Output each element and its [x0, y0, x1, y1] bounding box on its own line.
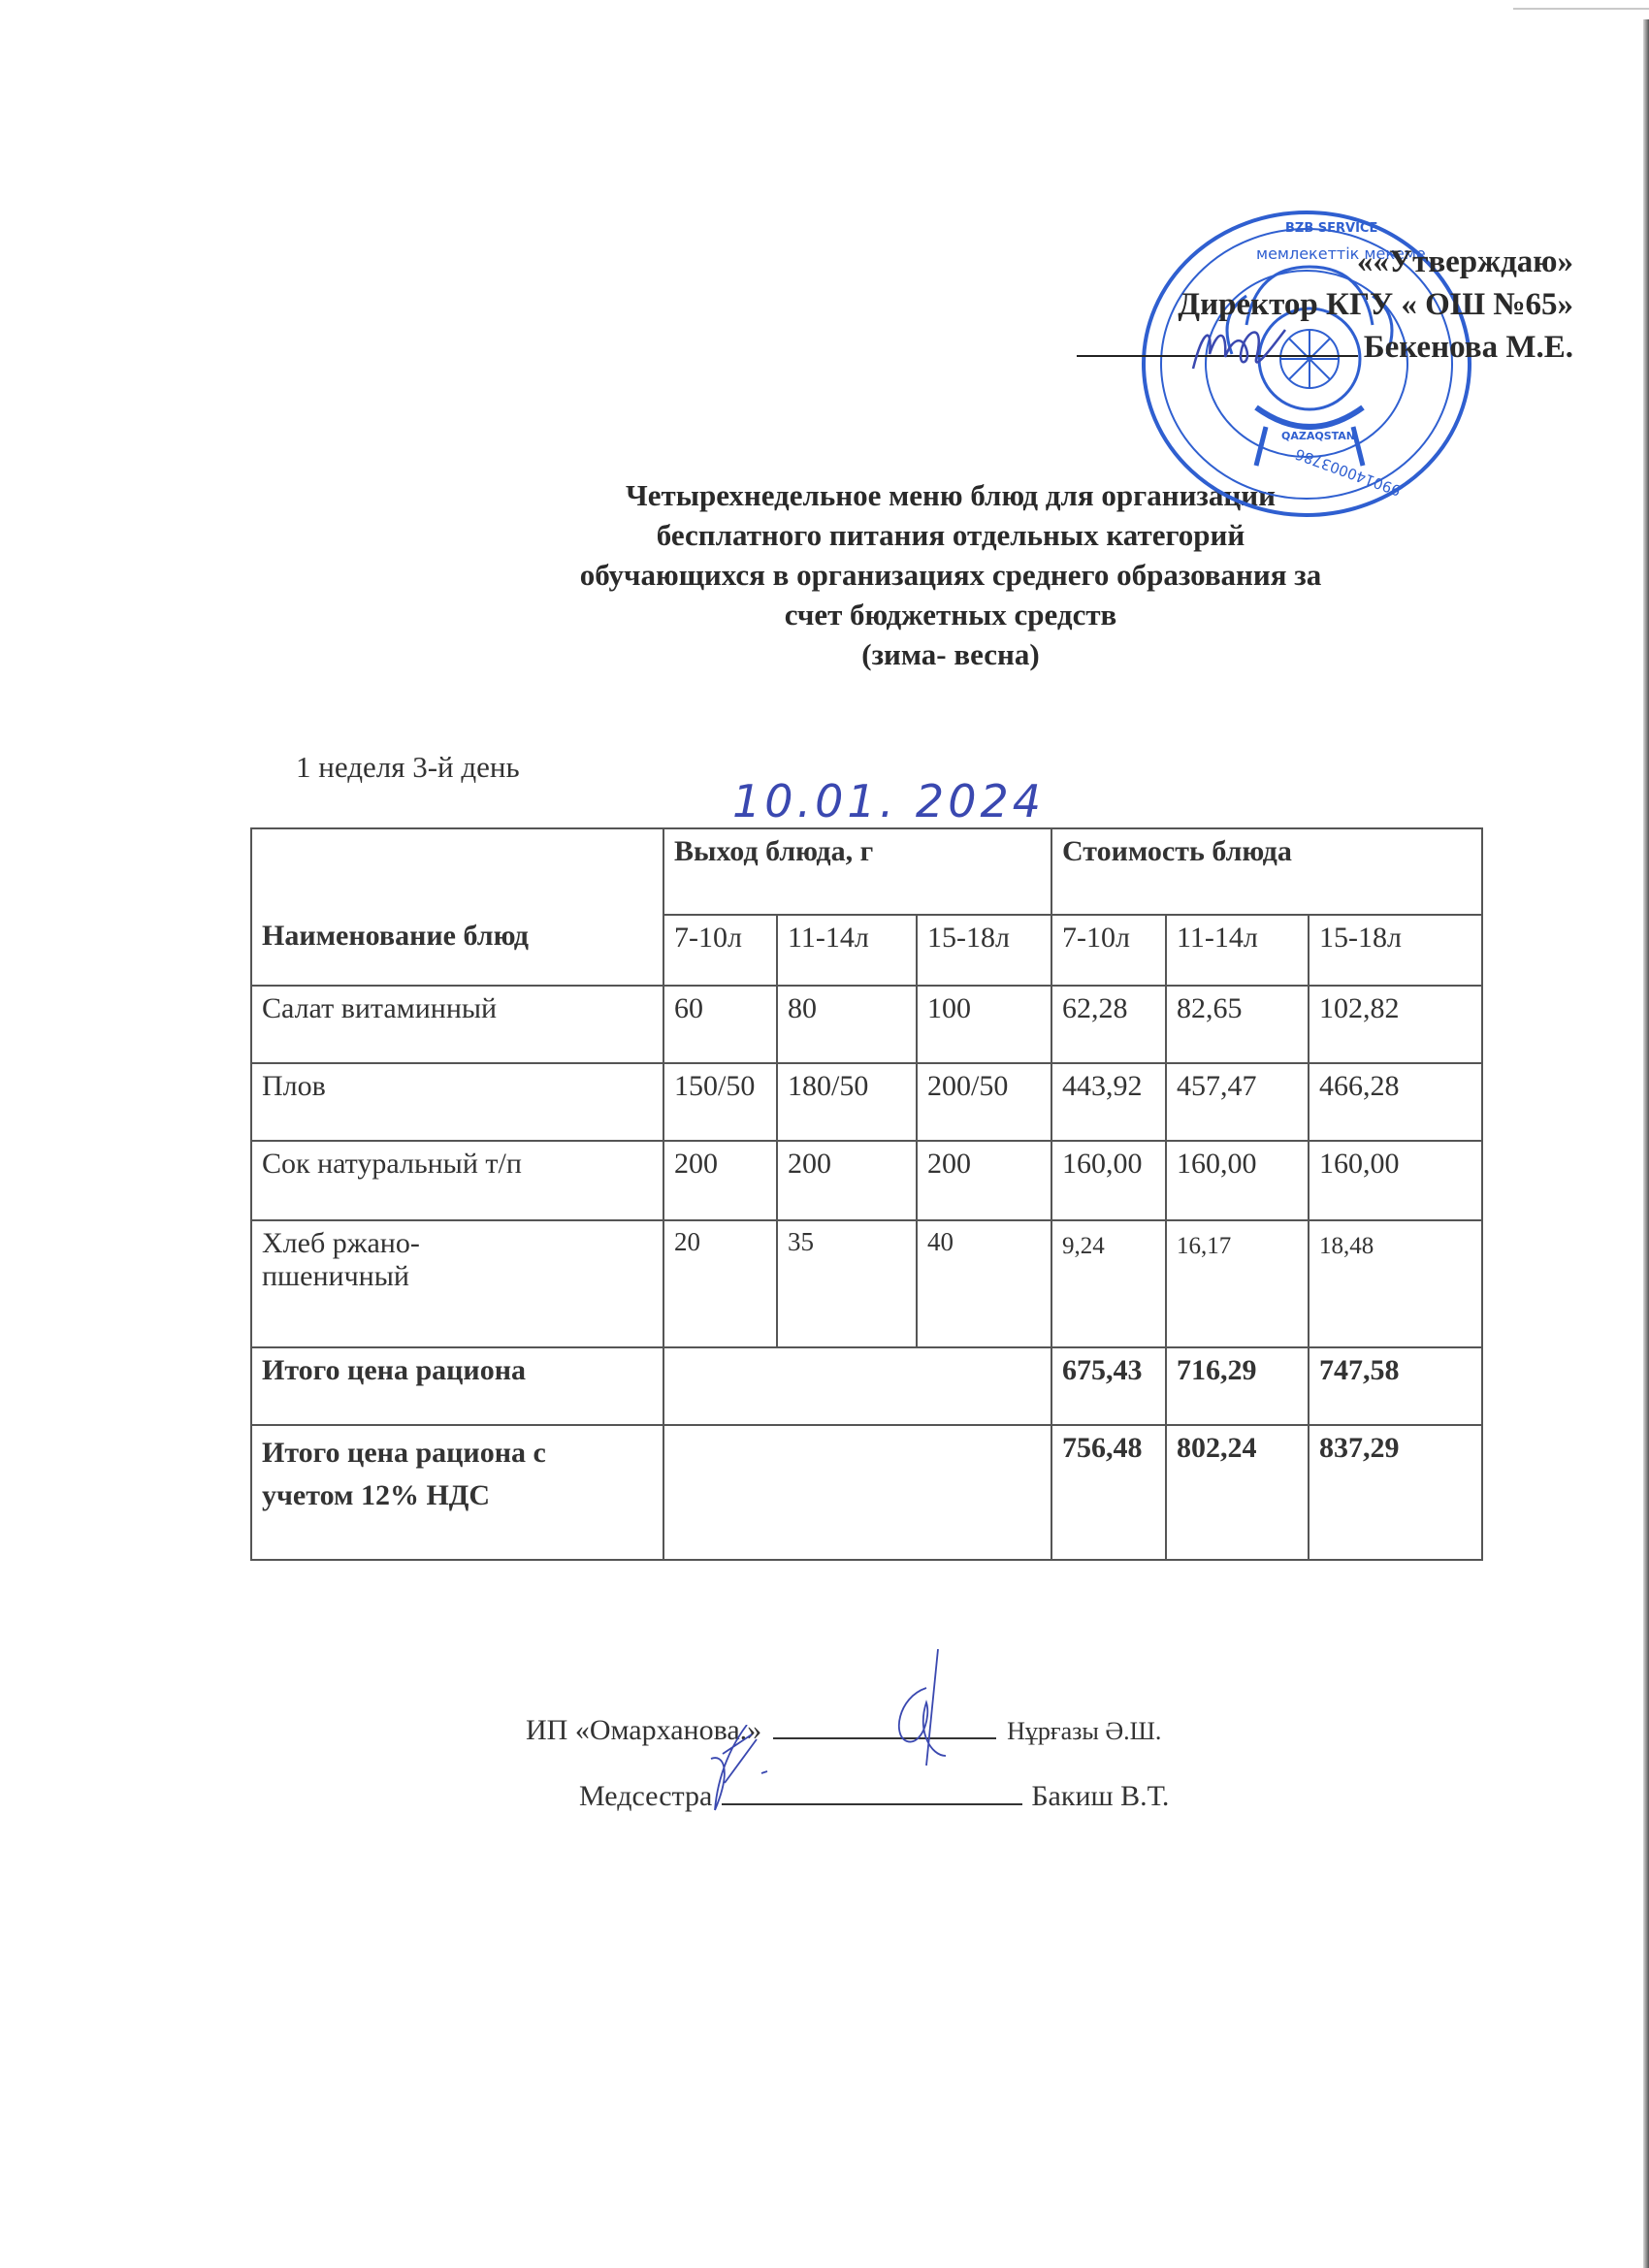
- cost-cell: 18,48: [1309, 1220, 1482, 1347]
- cost-cell: 160,00: [1166, 1141, 1309, 1220]
- col-header-dish-name: Наименование блюд: [251, 828, 663, 986]
- yield-cell: 20: [663, 1220, 777, 1347]
- cost-cell: 443,92: [1051, 1063, 1166, 1141]
- table-row: Салат витаминный 60 80 100 62,28 82,65 1…: [251, 986, 1482, 1063]
- title-line: счет бюджетных средств: [407, 595, 1494, 634]
- director-signature-icon: [1188, 310, 1305, 378]
- nurse-role: Медсестра: [579, 1780, 712, 1812]
- table-row: Хлеб ржано-пшеничный 20 35 40 9,24 16,17…: [251, 1220, 1482, 1347]
- cost-cell: 457,47: [1166, 1063, 1309, 1141]
- yield-cell: 200/50: [917, 1063, 1051, 1141]
- cost-cell: 9,24: [1051, 1220, 1166, 1347]
- handwritten-date: 10.01. 2024: [732, 772, 1101, 830]
- total-vat-row: Итого цена рациона с учетом 12% НДС 756,…: [251, 1425, 1482, 1560]
- table-row: Плов 150/50 180/50 200/50 443,92 457,47 …: [251, 1063, 1482, 1141]
- title-season: (зима- весна): [407, 634, 1494, 674]
- cost-cell: 82,65: [1166, 986, 1309, 1063]
- signature-line: [773, 1712, 996, 1739]
- cost-cell: 160,00: [1309, 1141, 1482, 1220]
- yield-cell: 200: [777, 1141, 917, 1220]
- total-empty-cell: [663, 1347, 1051, 1425]
- yield-cell: 180/50: [777, 1063, 917, 1141]
- cost-cell: 102,82: [1309, 986, 1482, 1063]
- nurse-name: Бакиш В.Т.: [1031, 1780, 1169, 1812]
- yield-cell: 40: [917, 1220, 1051, 1347]
- cost-age-11-14: 11-14л: [1166, 915, 1309, 986]
- yield-cell: 35: [777, 1220, 917, 1347]
- col-header-yield: Выход блюда, г: [663, 828, 1051, 915]
- menu-table: Наименование блюд Выход блюда, г Стоимос…: [250, 827, 1483, 1561]
- signature-row-supplier: ИП «Омарханова.» Нұрғазы Ә.Ш.: [504, 1712, 1329, 1774]
- svg-text:10.01. 2024: 10.01. 2024: [732, 775, 1045, 827]
- cost-cell: 160,00: [1051, 1141, 1166, 1220]
- cost-cell: 62,28: [1051, 986, 1166, 1063]
- week-day-label: 1 неделя 3-й день: [296, 750, 520, 785]
- yield-cell: 150/50: [663, 1063, 777, 1141]
- table-row: Сок натуральный т/п 200 200 200 160,00 1…: [251, 1141, 1482, 1220]
- total-empty-cell: [663, 1425, 1051, 1560]
- signatures-block: ИП «Омарханова.» Нұрғазы Ә.Ш. Медсестра …: [504, 1712, 1329, 1840]
- cost-cell: 466,28: [1309, 1063, 1482, 1141]
- approval-director: Директор КГУ « ОШ №65»: [1077, 283, 1573, 326]
- dish-name: Салат витаминный: [251, 986, 663, 1063]
- title-line: обучающихся в организациях среднего обра…: [407, 555, 1494, 595]
- total-label: Итого цена рациона: [251, 1347, 663, 1425]
- signature-row-nurse: Медсестра Бакиш В.Т.: [504, 1778, 1329, 1840]
- total-row: Итого цена рациона 675,43 716,29 747,58: [251, 1347, 1482, 1425]
- yield-cell: 100: [917, 986, 1051, 1063]
- yield-age-11-14: 11-14л: [777, 915, 917, 986]
- total-vat-cost-cell: 756,48: [1051, 1425, 1166, 1560]
- dish-name: Сок натуральный т/п: [251, 1141, 663, 1220]
- total-cost-cell: 747,58: [1309, 1347, 1482, 1425]
- scan-edge-right: [1643, 19, 1649, 2268]
- cost-age-15-18: 15-18л: [1309, 915, 1482, 986]
- yield-cell: 80: [777, 986, 917, 1063]
- svg-text:QAZAQSTAN: QAZAQSTAN: [1281, 430, 1355, 442]
- scan-edge-top: [1513, 8, 1649, 10]
- dish-name: Плов: [251, 1063, 663, 1141]
- yield-age-15-18: 15-18л: [917, 915, 1051, 986]
- director-name: Бекенова М.Е.: [1364, 330, 1573, 365]
- cost-cell: 16,17: [1166, 1220, 1309, 1347]
- title-line: бесплатного питания отдельных категорий: [407, 515, 1494, 555]
- approval-signature-row: Бекенова М.Е.: [1077, 326, 1573, 369]
- yield-cell: 60: [663, 986, 777, 1063]
- total-cost-cell: 675,43: [1051, 1347, 1166, 1425]
- dish-name: Хлеб ржано-пшеничный: [251, 1220, 663, 1347]
- nurse-signature-icon: [703, 1725, 781, 1812]
- yield-age-7-10: 7-10л: [663, 915, 777, 986]
- svg-text:990140003786: 990140003786: [1293, 445, 1404, 500]
- approval-block: ««Утверждаю» Директор КГУ « ОШ №65» Беке…: [1077, 241, 1573, 369]
- total-cost-cell: 716,29: [1166, 1347, 1309, 1425]
- cost-age-7-10: 7-10л: [1051, 915, 1166, 986]
- svg-text:BZB SERVICE: BZB SERVICE: [1285, 221, 1377, 236]
- yield-cell: 200: [663, 1141, 777, 1220]
- supplier-name: Нұрғазы Ә.Ш.: [1007, 1717, 1161, 1745]
- col-header-cost: Стоимость блюда: [1051, 828, 1482, 915]
- total-vat-label: Итого цена рациона с учетом 12% НДС: [251, 1425, 663, 1560]
- total-vat-cost-cell: 837,29: [1309, 1425, 1482, 1560]
- supplier-signature-icon: [888, 1649, 955, 1775]
- total-vat-cost-cell: 802,24: [1166, 1425, 1309, 1560]
- approval-title: ««Утверждаю»: [1077, 241, 1573, 283]
- yield-cell: 200: [917, 1141, 1051, 1220]
